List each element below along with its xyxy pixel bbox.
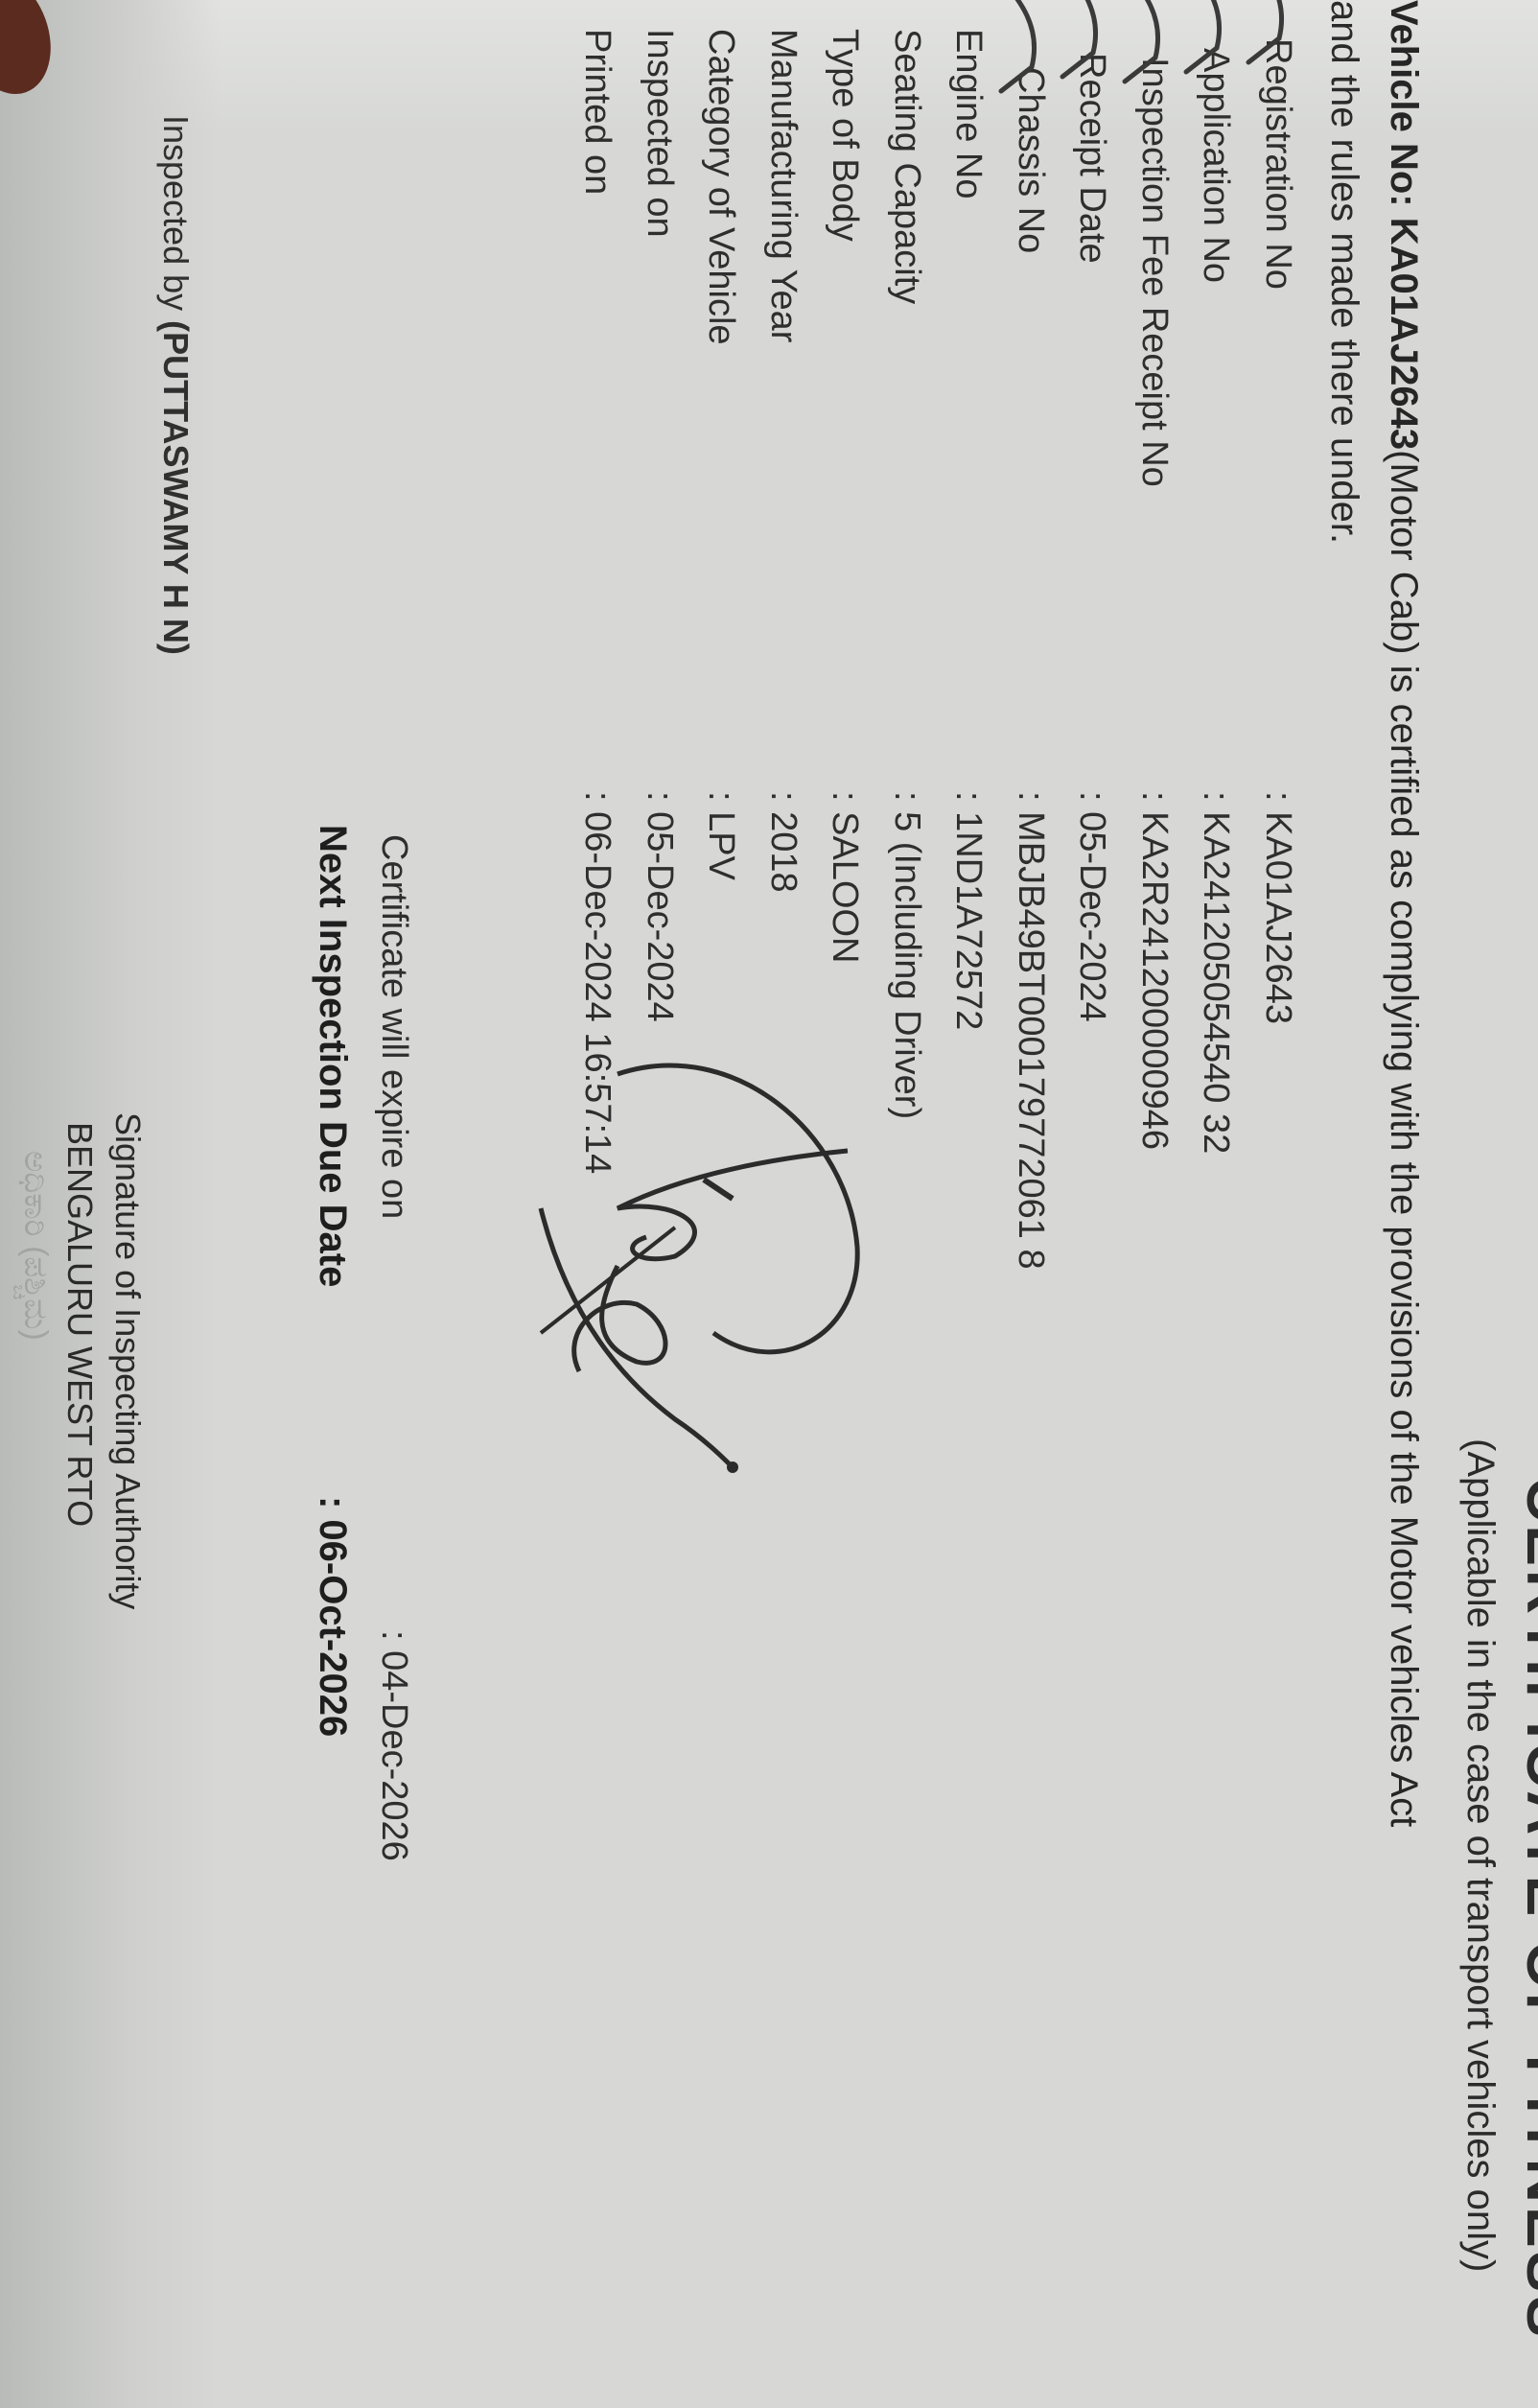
- office-stamp: ಅಧಿಕಾರಿ (ಪಶ್ಚಿಮ): [16, 1151, 54, 1341]
- field-value: : MBJB49BT000179772061 8: [1010, 791, 1051, 1270]
- field-label: Application No: [1196, 48, 1237, 283]
- field-label: Printed on: [577, 29, 618, 195]
- field-label: Category of Vehicle: [701, 29, 742, 345]
- inspector-name: (PUTTASWAMY H N): [156, 320, 196, 655]
- field-label: Seating Capacity: [886, 29, 927, 304]
- signature-label: Signature of Inspecting Authority: [107, 1112, 148, 1609]
- field-value: : KA241205054540 32: [1196, 791, 1237, 1154]
- field-value: : 05-Dec-2024: [1072, 791, 1113, 1022]
- field-value: : 05-Dec-2024: [639, 791, 680, 1022]
- certification-text: (Motor Cab) is certified as complying wi…: [1383, 450, 1425, 1827]
- field-value: : 06-Dec-2024 16:57:14: [577, 791, 618, 1174]
- tick-mark-icon: [984, 0, 1060, 96]
- field-label: Manufacturing Year: [762, 29, 804, 342]
- certificate-title: CERTIFICATE OF FITNESS: [1513, 1477, 1538, 2341]
- field-label: Inspection Fee Receipt No: [1133, 58, 1175, 487]
- certification-statement: Vehicle No: KA01AJ2643(Motor Cab) is cer…: [1382, 0, 1425, 1827]
- field-value: : 5 (Including Driver): [886, 791, 927, 1119]
- field-label: Type of Body: [825, 29, 866, 242]
- field-label: Inspected on: [639, 29, 680, 238]
- field-label: Registration No: [1257, 38, 1298, 290]
- inspected-by-label: Inspected by: [156, 115, 196, 311]
- field-value: : LPV: [701, 791, 742, 880]
- next-inspection-value: : 06-Oct-2026: [311, 1496, 354, 1737]
- field-value: : 1ND1A72572: [948, 791, 990, 1030]
- fitness-certificate: CERTIFICATE OF FITNESS (Applicable in th…: [0, 0, 1538, 2408]
- certificate-expiry-label: Certificate will expire on: [373, 834, 414, 1219]
- field-value: : KA01AJ2643: [1257, 791, 1298, 1024]
- certificate-expiry-value: : 04-Dec-2026: [373, 1630, 414, 1861]
- certification-continuation: and the rules made there under.: [1322, 0, 1365, 544]
- inspected-by: Inspected by (PUTTASWAMY H N): [155, 115, 196, 655]
- field-value: : KA2R241200000946: [1133, 791, 1175, 1150]
- field-value: : 2018: [762, 791, 804, 893]
- applicability-note: (Applicable in the case of transport veh…: [1458, 1438, 1502, 2272]
- vehicle-number: Vehicle No: KA01AJ2643: [1383, 0, 1425, 450]
- next-inspection-label: Next Inspection Due Date: [311, 825, 354, 1287]
- rto-office: BENGALURU WEST RTO: [59, 1122, 100, 1527]
- field-value: : SALOON: [825, 791, 866, 964]
